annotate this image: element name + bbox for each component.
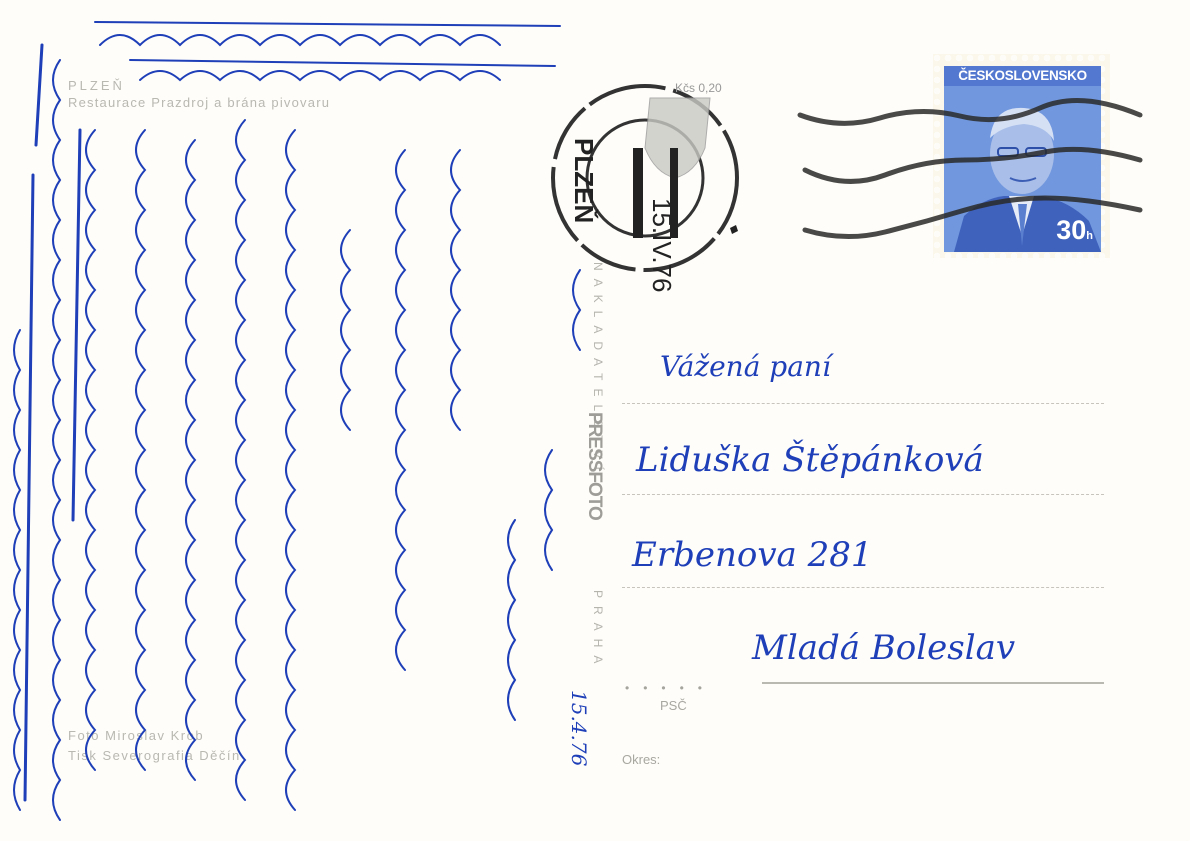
- svg-text:15.4.76: 15.4.76: [567, 690, 591, 767]
- postcard-back: PLZEŇ Restaurace Prazdroj a brána pivova…: [0, 0, 1190, 841]
- handwritten-message: 15.4.76: [0, 0, 1190, 841]
